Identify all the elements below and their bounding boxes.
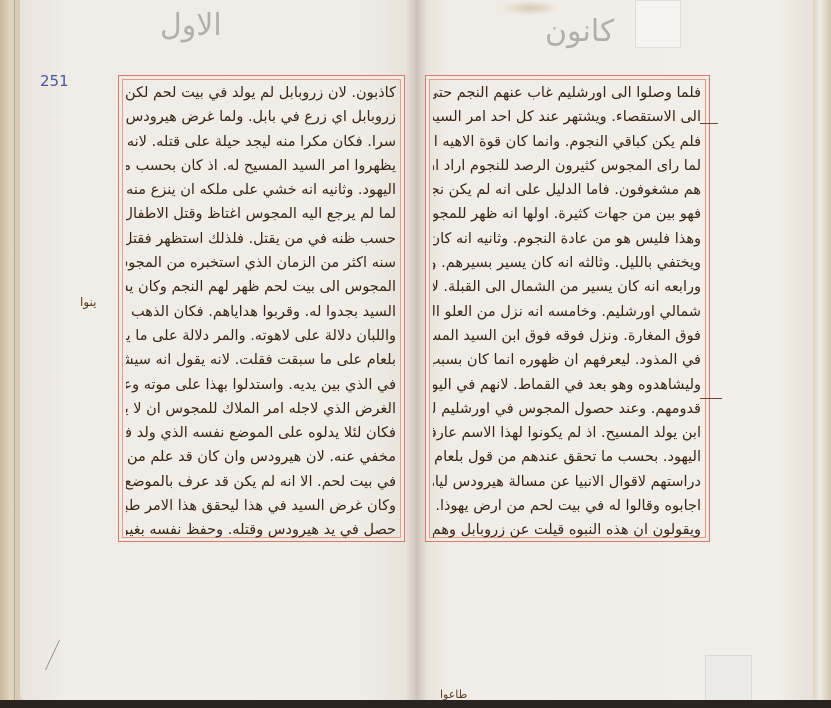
text-block-edge-right bbox=[813, 0, 831, 700]
text-line: في بيت لحم. الا انه لم يكن قد عرف بالموض… bbox=[126, 470, 396, 494]
text-block-right: فلما وصلوا الى اورشليم غاب عنهم النجم حت… bbox=[433, 81, 701, 543]
pencil-header-right: كانون bbox=[545, 14, 614, 49]
text-line: فلم يكن كباقي النجوم. وانما كان قوة الاه… bbox=[433, 130, 701, 154]
text-line: اليهود. بحسب ما تحقق عندهم من قول بلعام.… bbox=[433, 445, 701, 469]
text-line: وهذا فليس هو من عادة النجوم. وثانيه انه … bbox=[433, 227, 701, 251]
margin-note: ينوا bbox=[80, 295, 97, 309]
text-line: لما راى المجوس كثيرون الرصد للنجوم اراد … bbox=[433, 154, 701, 178]
text-line: ويقولون ان هذه النبوه قيلت عن زروبابل وه… bbox=[433, 518, 701, 542]
text-line: يظهروا امر السيد المسيح له. اذ كان بحسب … bbox=[126, 154, 396, 178]
text-line: زروبابل اي زرع في بابل. ولما غرض هيرودس … bbox=[126, 105, 396, 129]
text-line: في المذود. ليعرفهم ان ظهوره انما كان بسب… bbox=[433, 348, 701, 372]
text-line: الغرض الذي لاجله امر الملاك للمجوس ان لا… bbox=[126, 397, 396, 421]
text-block-left: كاذبون. لان زروبابل لم يولد في بيت لحم ل… bbox=[126, 81, 396, 543]
ink-stroke bbox=[700, 123, 718, 124]
text-line: ويختفي بالليل. وثالثه انه كان يسير بسيره… bbox=[433, 251, 701, 275]
text-line: بلعام على ما سبقت فقلت. لانه يقول انه سي… bbox=[126, 348, 396, 372]
text-line: حسب ظنه في من يقتل. فلذلك استظهر فقتل ال… bbox=[126, 227, 396, 251]
text-line: قدومهم. وعند حصول المجوس في اورشليم لم ي… bbox=[433, 397, 701, 421]
text-line: هم مشغوفون. فاما الدليل على انه لم يكن ن… bbox=[433, 178, 701, 202]
text-line: فكان لئلا يدلوه على الموضع نفسه الذي ولد… bbox=[126, 421, 396, 445]
text-line: وليشاهدوه وهو بعد في القماط. لانهم في ال… bbox=[433, 373, 701, 397]
text-line: شمالي اورشليم. وخامسه انه نزل من العلو ا… bbox=[433, 300, 701, 324]
text-line: ورابعه انه كان يسير من الشمال الى القبلة… bbox=[433, 275, 701, 299]
ink-stroke bbox=[700, 398, 722, 399]
text-line: فهو بين من جهات كثيرة. اولها انه ظهر للم… bbox=[433, 202, 701, 226]
text-line: فلما وصلوا الى اورشليم غاب عنهم النجم حت… bbox=[433, 81, 701, 105]
text-line: الى الاستقصاء. ويشتهر عند كل احد امر الس… bbox=[433, 105, 701, 129]
repair-tape bbox=[635, 0, 681, 48]
text-line: حصل في يد هيرودس وقتله. وحفظ نفسه بغير ا… bbox=[126, 518, 396, 542]
text-line: سرا. فكان مكرا منه ليجد حيلة على قتله. ل… bbox=[126, 130, 396, 154]
text-line: المجوس الى بيت لحم ظهر لهم النجم وكان يس… bbox=[126, 275, 396, 299]
background-surface bbox=[0, 700, 831, 708]
text-line: اليهود. وثانيه انه خشي على ملكه ان ينزع … bbox=[126, 178, 396, 202]
text-line: كاذبون. لان زروبابل لم يولد في بيت لحم ل… bbox=[126, 81, 396, 105]
gutter bbox=[405, 0, 427, 700]
text-line: اجابوه وقالوا له في بيت لحم من ارض يهوذا… bbox=[433, 494, 701, 518]
text-line: وكان غرض السيد في هذا ليحقق هذا الامر طب… bbox=[126, 494, 396, 518]
open-manuscript: الاول كانون 251 ينوا كاذبون. لان زروبابل… bbox=[0, 0, 831, 700]
text-line: ابن يولد المسيح. اذ لم يكونوا لهذا الاسم… bbox=[433, 421, 701, 445]
text-line: مخفي عنه. لان هيرودس وان كان قد علم من ق… bbox=[126, 445, 396, 469]
text-line: السيد بجدوا له. وقربوا هداياهم. فكان الذ… bbox=[126, 300, 396, 324]
text-line: فوق المغارة. ونزل فوقه فوق ابن السيد الم… bbox=[433, 324, 701, 348]
text-line: لما لم يرجع اليه المجوس اغتاظ وقتل الاطف… bbox=[126, 202, 396, 226]
text-line: سنه اكثر من الزمان الذي استخبره من المجو… bbox=[126, 251, 396, 275]
text-line: في الذي بين يديه. واستدلوا بهذا على موته… bbox=[126, 373, 396, 397]
folio-number: 251 bbox=[40, 72, 69, 90]
pencil-header-left: الاول bbox=[160, 8, 222, 43]
text-line: واللبان دلالة على لاهوته. والمر دلالة عل… bbox=[126, 324, 396, 348]
text-line: دراستهم لاقوال الانبيا عن مسالة هيرودس ل… bbox=[433, 470, 701, 494]
